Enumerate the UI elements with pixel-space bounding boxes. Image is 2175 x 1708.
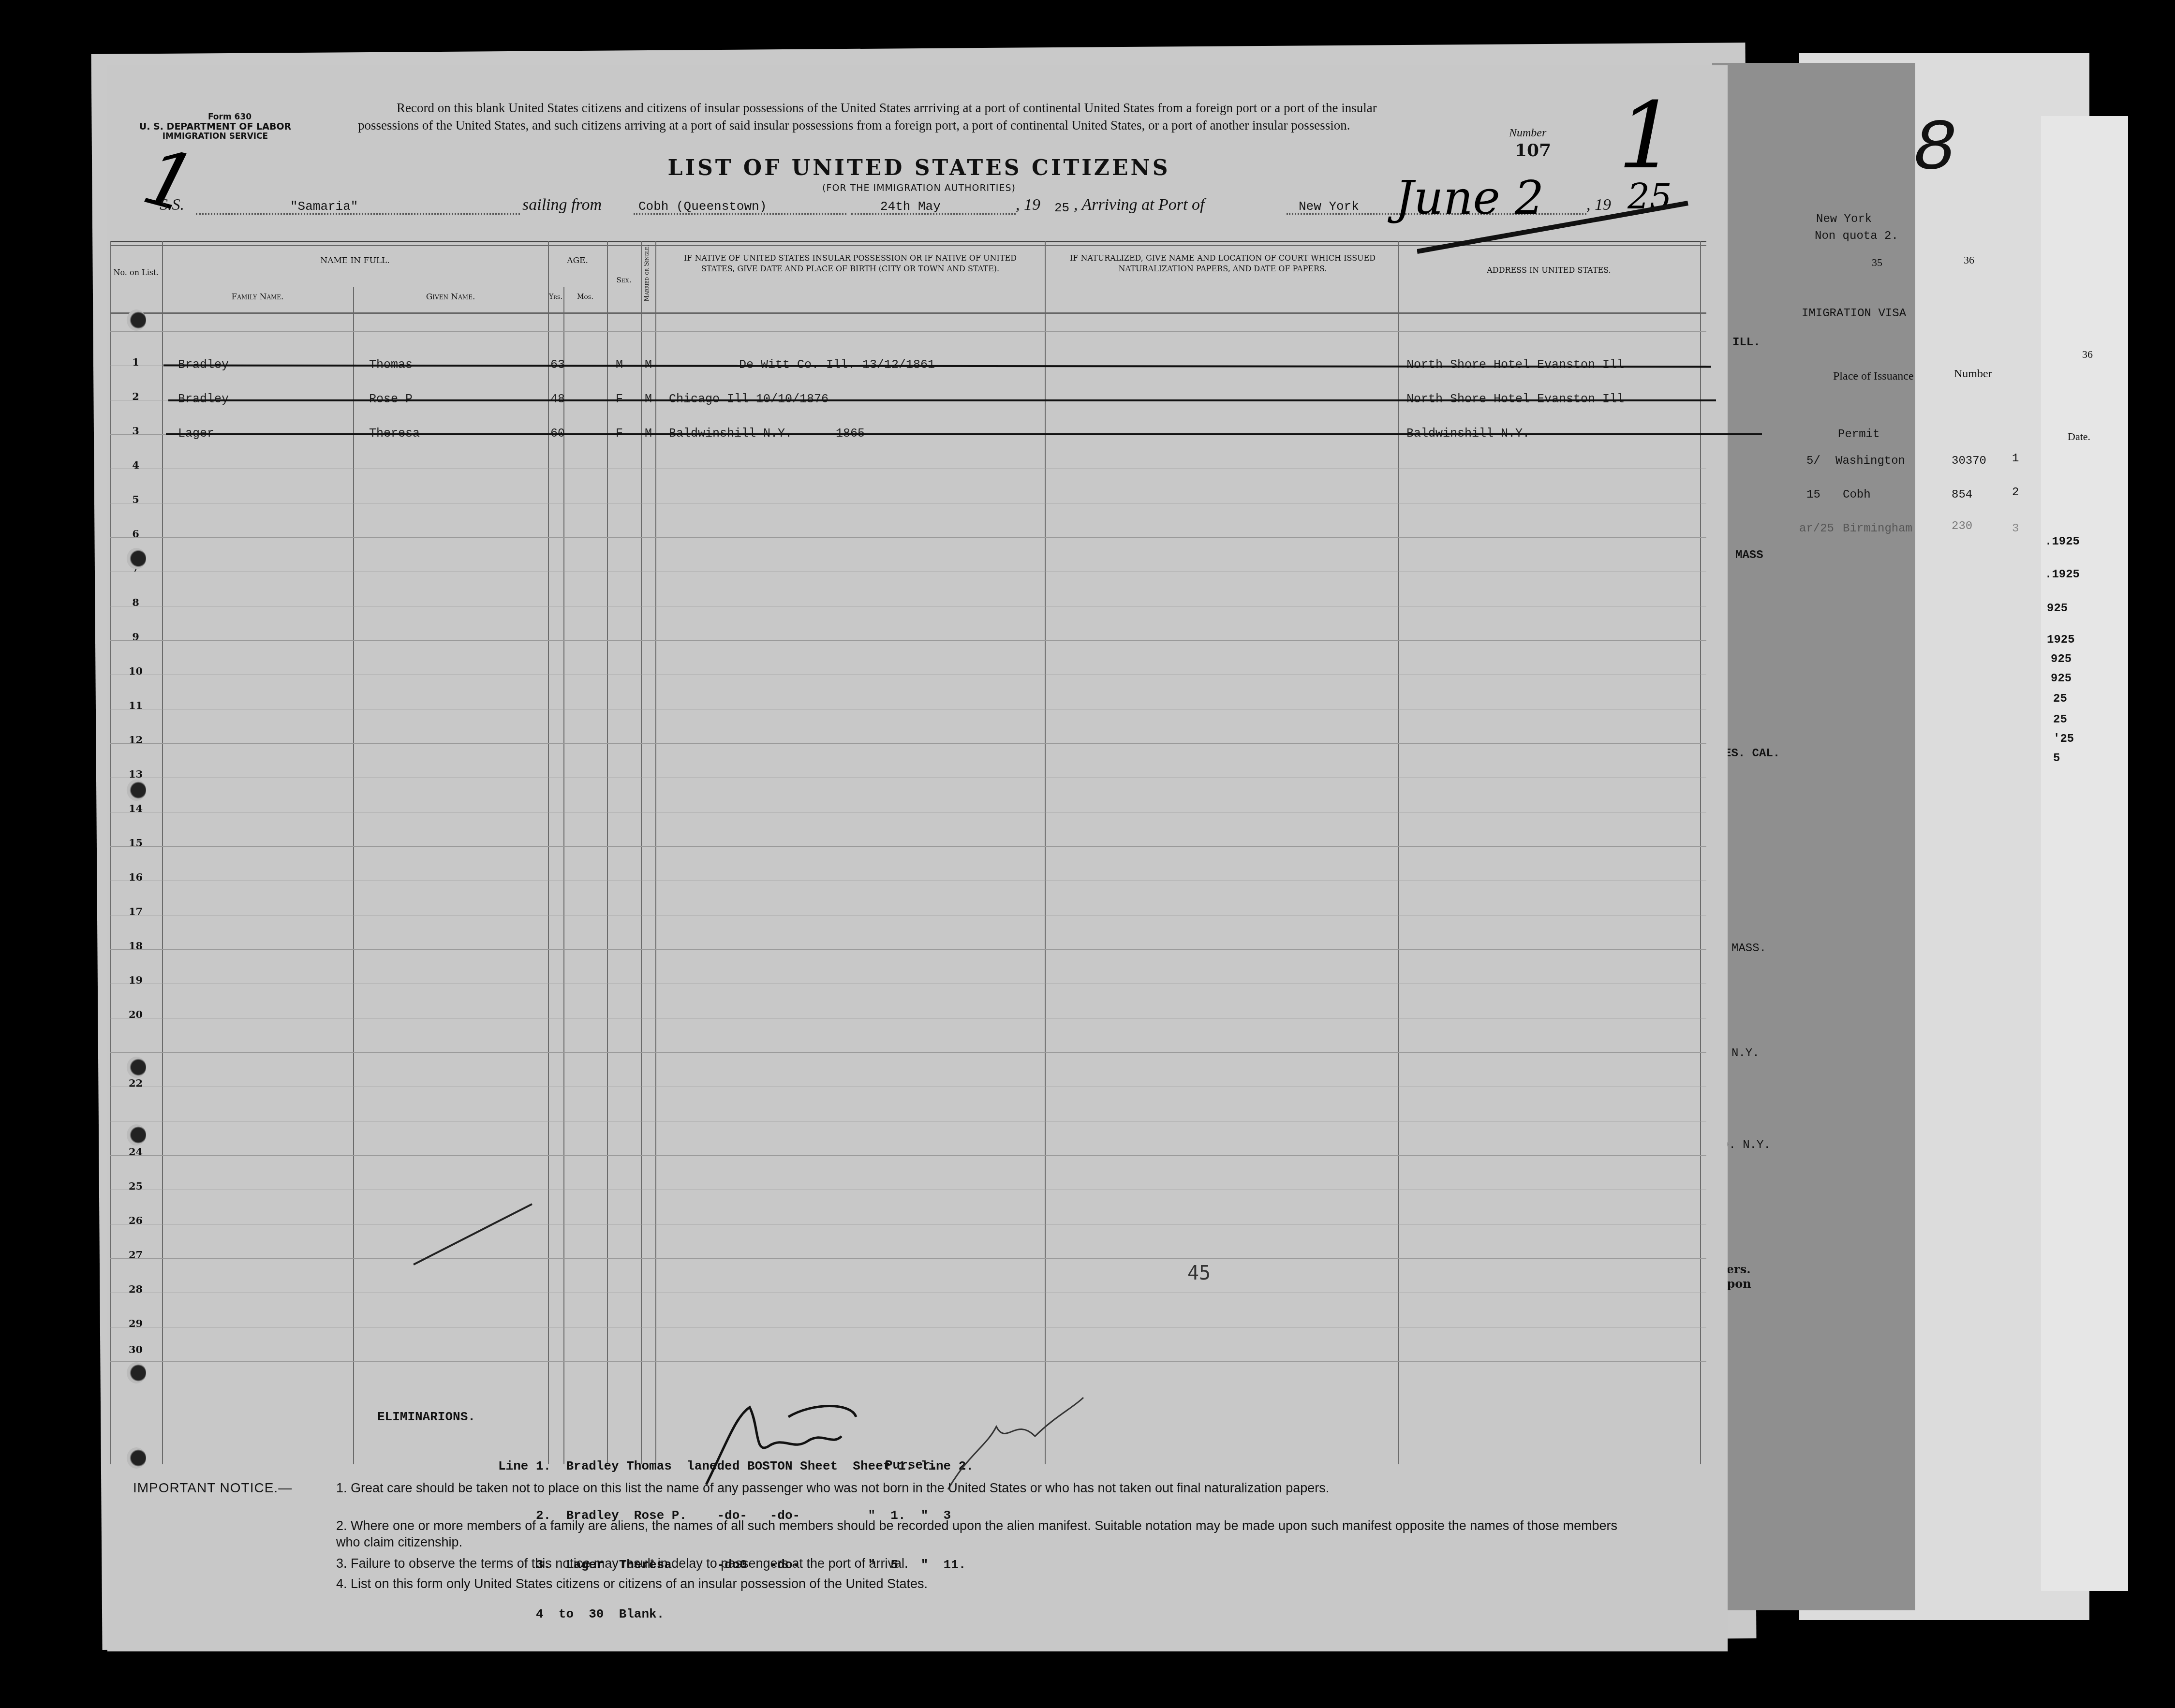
header-naturalization: IF NATURALIZED, GIVE NAME AND LOCATION O… <box>1058 253 1387 274</box>
row-number: 1 <box>110 356 161 368</box>
punch-hole <box>127 548 146 569</box>
bg-date: '25 <box>2053 733 2074 746</box>
form-header-agency: Form 630 U. S. DEPARTMENT OF LABOR IMMIG… <box>118 112 312 141</box>
bg-permit-2-place: Cobh <box>1843 488 1871 501</box>
row-number: 8 <box>110 596 161 608</box>
bg-permit-3-prefix: ar/25 <box>1799 522 1834 535</box>
bg-permit-1-place: Washington <box>1835 455 1905 468</box>
notice-item-2: 2. Where one or more members of a family… <box>336 1517 1642 1550</box>
col-rule <box>607 241 608 1464</box>
bg-number-label: Number <box>1954 368 1992 381</box>
pen-stroke <box>411 1199 537 1267</box>
bg-permit-3-number: 230 <box>1952 520 1972 533</box>
row-number: 25 <box>110 1180 161 1192</box>
bg-permit-2-prefix: 15 <box>1806 488 1820 501</box>
address: North Shore Hotel Evanston Ill <box>1406 358 1624 372</box>
row-number: 28 <box>110 1283 161 1295</box>
handwritten-mark-topright: 1 <box>1618 82 1676 189</box>
header-address: ADDRESS IN UNITED STATES. <box>1398 265 1700 276</box>
row-rule <box>110 537 1706 538</box>
department-name: U. S. DEPARTMENT OF LABOR <box>118 122 312 132</box>
row-rule <box>110 503 1706 503</box>
handwritten-number-8: 8 <box>1913 109 1956 191</box>
header-birth-info: IF NATIVE OF UNITED STATES INSULAR POSSE… <box>666 253 1034 274</box>
punch-hole <box>127 309 146 331</box>
punch-hole <box>127 780 146 801</box>
ship-name-field: "Samaria" <box>196 196 520 215</box>
punch-hole <box>127 1447 146 1469</box>
row-number: 27 <box>110 1249 161 1261</box>
bg-date-label: Date. <box>2068 430 2090 443</box>
bg-permit-label: Permit <box>1838 428 1879 441</box>
row-rule <box>110 778 1706 778</box>
row-rule <box>110 572 1706 572</box>
col-rule <box>655 241 656 1464</box>
ss-label: S.S. <box>160 196 184 214</box>
col-rule <box>641 241 642 1464</box>
row-number: 5 <box>110 493 161 505</box>
row-rule <box>110 709 1706 709</box>
bg-quota: Non quota 2. <box>1815 230 1898 243</box>
arrival-port: New York <box>1299 199 1359 214</box>
purser-label: Purser. <box>885 1458 938 1472</box>
bg-date: .1925 <box>2045 568 2080 581</box>
bg-date: 925 <box>2051 672 2071 685</box>
form-number: Form 630 <box>118 112 312 122</box>
bg-permit-1-number: 30370 <box>1952 455 1986 468</box>
row-rule <box>110 812 1706 812</box>
bg-permit-2-number: 854 <box>1952 488 1972 501</box>
bg-port: New York <box>1816 213 1872 226</box>
sailing-from-field: Cobh (Queenstown) <box>634 196 846 215</box>
row-rule <box>110 743 1706 744</box>
bg-place-of-issuance: Place of Issuance <box>1833 370 1914 383</box>
col-rule <box>1700 241 1701 1464</box>
citizens-table: No. on List. NAME IN FULL. Family Name. … <box>110 241 1706 1464</box>
row-number: 3 <box>110 425 161 437</box>
row-number: 2 <box>110 390 161 402</box>
row-number: 15 <box>110 837 161 849</box>
row-rule <box>110 1190 1706 1190</box>
bg-date: .1925 <box>2045 535 2080 548</box>
notice-item-3: 3. Failure to observe the terms of this … <box>336 1555 1642 1572</box>
notice-label: IMPORTANT NOTICE.— <box>133 1480 292 1496</box>
sailing-from-label: sailing from <box>522 196 602 214</box>
row-rule <box>110 1018 1706 1018</box>
strikethrough-line <box>168 399 1716 401</box>
header-bottom-rule <box>110 312 1706 314</box>
punch-hole <box>127 1057 146 1078</box>
year-prefix: , 19 <box>1016 196 1040 214</box>
row-number: 24 <box>110 1146 161 1158</box>
bg-permit-1-prefix: 5/ <box>1806 455 1820 468</box>
row-rule <box>110 1327 1706 1327</box>
stamped-page-number: 45 <box>1187 1262 1211 1284</box>
bg-col-36: 36 <box>1964 254 1974 266</box>
header-name-in-full: NAME IN FULL. <box>162 255 548 266</box>
bg-fragment-mass2: MASS. <box>1731 942 1766 955</box>
bg-date: 5 <box>2053 752 2060 765</box>
bg-permit-2-idx: 2 <box>2012 486 2019 499</box>
notice-item-4: 4. List on this form only United States … <box>336 1575 1642 1592</box>
row-rule <box>110 606 1706 606</box>
col-rule <box>1398 241 1399 1464</box>
row-number: 18 <box>110 940 161 952</box>
row-number: 26 <box>110 1214 161 1226</box>
notice-item-1: 1. Great care should be taken not to pla… <box>336 1480 1642 1496</box>
bg-date: 25 <box>2053 692 2067 706</box>
departure-date: 24th May <box>880 199 941 214</box>
service-name: IMMIGRATION SERVICE <box>118 132 312 141</box>
row-number: 12 <box>110 734 161 746</box>
bg-permit-3-idx: 3 <box>2012 522 2019 535</box>
bg-fragment-ny: N.Y. <box>1731 1047 1760 1060</box>
col-rule <box>353 287 354 1464</box>
row-rule <box>110 984 1706 984</box>
row-rule <box>110 1052 1706 1053</box>
row-rule <box>110 915 1706 915</box>
row-rule <box>110 949 1706 950</box>
page-title: LIST OF UNITED STATES CITIZENS <box>580 156 1258 180</box>
ship-name: "Samaria" <box>290 199 358 214</box>
row-number: 13 <box>110 768 161 780</box>
row-number: 10 <box>110 665 161 677</box>
punch-hole <box>127 1362 146 1384</box>
bg-date: 925 <box>2051 653 2071 666</box>
row-number: 14 <box>110 802 161 814</box>
header-rule <box>162 287 655 287</box>
header-yrs: Yrs. <box>548 292 563 302</box>
row-number: 20 <box>110 1008 161 1020</box>
col-rule <box>1045 241 1046 1464</box>
row-rule <box>110 1258 1706 1259</box>
sailing-from-port: Cobh (Queenstown) <box>638 199 767 214</box>
col-rule <box>548 241 549 1464</box>
row-rule <box>110 1224 1706 1224</box>
row-rule <box>110 675 1706 675</box>
bg-date: 925 <box>2047 602 2068 615</box>
row-rule <box>110 881 1706 881</box>
header-mos: Mos. <box>563 292 607 302</box>
header-sex: Sex. <box>607 275 641 285</box>
bg-fragment-ny2: O. N.Y. <box>1722 1139 1771 1152</box>
form-instructions: Record on this blank United States citiz… <box>358 99 1432 134</box>
list-number: 107 <box>1515 140 1551 161</box>
middle-sheet-strip <box>1712 63 1915 1610</box>
bg-fragment-mass: MASS <box>1735 549 1763 562</box>
col-rule <box>162 241 163 1464</box>
punch-hole <box>127 1124 146 1146</box>
elimination-line: 4 to 30 Blank. <box>498 1606 974 1622</box>
col-rule <box>563 287 564 1464</box>
departure-date-field: 24th May <box>851 196 1016 215</box>
right-sheet-edge <box>2041 116 2128 1591</box>
row-number: 17 <box>110 905 161 917</box>
bg-col-36b: 36 <box>2082 348 2093 361</box>
row-number: 9 <box>110 631 161 643</box>
row-number: 19 <box>110 974 161 986</box>
row-rule <box>110 640 1706 641</box>
row-rule <box>110 1155 1706 1156</box>
header-married-or-single: Married or Single. <box>644 239 651 307</box>
bg-permit-1-idx: 1 <box>2012 452 2019 465</box>
row-rule <box>110 1293 1706 1293</box>
row-rule <box>110 469 1706 469</box>
header-age: AGE. <box>548 255 607 266</box>
arriving-label: , Arriving at Port of <box>1074 196 1204 214</box>
row-rule <box>110 1087 1706 1087</box>
row-number: 30 <box>110 1343 161 1355</box>
page-subtitle: (FOR THE IMMIGRATION AUTHORITIES) <box>677 183 1161 193</box>
bg-date: 1925 <box>2047 633 2075 647</box>
bg-col-35: 35 <box>1872 256 1882 269</box>
strikethrough-line <box>166 433 1762 435</box>
header-given-name: Given Name. <box>353 292 548 302</box>
bg-fragment-cal: ES. CAL. <box>1724 747 1780 760</box>
row-number: 11 <box>110 699 161 711</box>
departure-year: 25 <box>1054 201 1069 215</box>
row-number: 16 <box>110 871 161 883</box>
number-label: Number <box>1509 127 1546 140</box>
date-underline-stroke <box>1417 198 1756 261</box>
header-no-on-list: No. on List. <box>110 267 162 278</box>
row-rule <box>110 846 1706 847</box>
bg-date: 25 <box>2053 713 2067 726</box>
row-rule <box>110 331 1706 332</box>
row-number: 29 <box>110 1317 161 1329</box>
row-number: 4 <box>110 459 161 471</box>
row-number: 22 <box>110 1077 161 1089</box>
header-family-name: Family Name. <box>162 292 353 302</box>
bg-permit-3-place: Birmingham <box>1843 522 1912 535</box>
row-number: 6 <box>110 528 161 540</box>
bg-visa-header: IMIGRATION VISA <box>1802 307 1906 320</box>
bg-fragment-ill: ILL. <box>1732 336 1761 349</box>
row-rule <box>110 1121 1706 1121</box>
row-rule <box>110 1361 1706 1362</box>
